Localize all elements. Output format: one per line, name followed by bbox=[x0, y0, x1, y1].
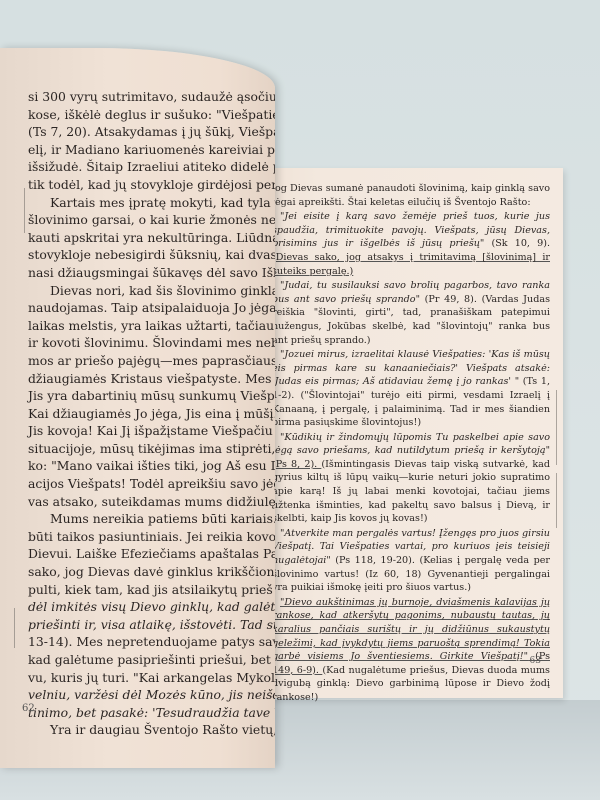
text-line: priešinti ir, visa atlaikę, išstovėti. T… bbox=[28, 616, 275, 634]
text-line: Mums nereikia patiems būti kariais. Diev… bbox=[28, 510, 275, 528]
text-line: stovykloje nebesigirdi šūksnių, kai dvas… bbox=[28, 246, 275, 264]
text-line: tik todėl, kad jų stovykloje girdėjosi p… bbox=[28, 176, 275, 194]
text-line: kose, iškėlė deglus ir sušuko: "Viešpati… bbox=[28, 106, 275, 124]
book-page-left: si 300 vyrų sutrimitavo, sudaužė ąsočius… bbox=[0, 48, 275, 768]
page-number: 62 bbox=[22, 703, 35, 714]
text-line: tinimo, bet pasakė: 'Tesudraudžia tave V… bbox=[28, 704, 275, 722]
scripture-paragraph: "Atverkite man pergalės vartus! Įžengęs … bbox=[272, 527, 550, 595]
text-line: naudojamas. Taip atsipalaiduoja Jo jėga … bbox=[28, 299, 275, 317]
text-line: situacijoje, mūsų tikėjimas ima stiprėti… bbox=[28, 440, 275, 458]
text-line: pulti, kiek tam, kad jis atsilaikytų pri… bbox=[28, 581, 275, 599]
scripture-ref: (Ps 118, 19-20). bbox=[331, 555, 420, 566]
text-line: velniu, varžėsi dėl Mozės kūno, jis neiš… bbox=[28, 686, 275, 704]
pencil-margin-mark bbox=[24, 188, 25, 233]
text-line: laikas melstis, yra laikas užtarti, tači… bbox=[28, 317, 275, 335]
page-number: 63 bbox=[530, 656, 541, 666]
text-line: (Ts 7, 20). Atsakydamas į jų šūkį, Viešp… bbox=[28, 123, 275, 141]
text-line: kauti apskritai yra nekultūringa. Liūdna… bbox=[28, 229, 275, 247]
page-62-text: si 300 vyrų sutrimitavo, sudaužė ąsočius… bbox=[28, 88, 275, 739]
scripture-quote: "Kūdikių ir žindomųjų lūpomis Tu paskelb… bbox=[272, 432, 550, 457]
text-line: si 300 vyrų sutrimitavo, sudaužė ąsočius bbox=[28, 88, 275, 106]
text-line: Jis kovoja! Kai Jį išpažįstame Viešpačiu… bbox=[28, 422, 275, 440]
text-line: mos ar priešo pajėgų—mes paprasčiausiai bbox=[28, 352, 275, 370]
scripture-ref: (Ps 8, 2). bbox=[272, 459, 321, 470]
text-line: Jis yra dabartinių mūsų sunkumų Viešpats… bbox=[28, 387, 275, 405]
commentary: ("Šlovintojai" turėjo eiti pirmi, vesdam… bbox=[272, 390, 550, 428]
scripture-paragraph: "Dievo aukštinimas jų burnoje, dviašmeni… bbox=[272, 596, 550, 705]
scripture-paragraph: "Jei eisite į karą savo žemėje prieš tuo… bbox=[272, 210, 550, 278]
text-line: vu, kuris jų turi. "Kai arkangelas Mykol… bbox=[28, 669, 275, 687]
text-line: nasi džiaugsmingai šūkavęs dėl savo Išla… bbox=[28, 264, 275, 282]
pencil-margin-mark bbox=[14, 608, 15, 648]
text-line: išsižudė. Šitaip Izraeliui atiteko didel… bbox=[28, 158, 275, 176]
page-63-text: jog Dievas sumanė panaudoti šlovinimą, k… bbox=[272, 182, 550, 706]
text-line: džiaugiamės Kristaus viešpatyste. Mes dž… bbox=[28, 370, 275, 388]
pencil-margin-mark bbox=[556, 390, 557, 465]
text-line: Dievas nori, kad šis šlovinimo ginklas b… bbox=[28, 282, 275, 300]
scripture-quote: "Jozuei mirus, izraelitai klausė Viešpat… bbox=[272, 349, 550, 387]
text-line: vas atsako, suteikdamas mums didžiulę pe… bbox=[28, 493, 275, 511]
scripture-quote: "Dievo aukštinimas jų burnoje, dviašmeni… bbox=[272, 597, 550, 662]
text-line: acijos Viešpats! Todėl apreikšiu savo jė… bbox=[28, 475, 275, 493]
text-line: ir kovoti šlovinimu. Šlovindami mes nebe… bbox=[28, 334, 275, 352]
text-line: ko: "Mano vaikai išties tiki, jog Aš esu… bbox=[28, 457, 275, 475]
text-line: Dievui. Laiške Efeziečiams apaštalas Pau… bbox=[28, 545, 275, 563]
text-line: kad galėtume pasipriešinti priešui, bet … bbox=[28, 651, 275, 669]
text-line: Kai džiaugiamės Jo jėga, Jis eina į mūšį… bbox=[28, 405, 275, 423]
text-line: Kartais mes įpratę mokyti, kad tyla yra bbox=[28, 194, 275, 212]
text-line: elį, ir Madiano kariuomenės kareiviai pu… bbox=[28, 141, 275, 159]
scripture-ref: (Pr 49, 8). bbox=[420, 294, 482, 305]
text-line: Yra ir daugiau Šventojo Rašto vietų, iš … bbox=[28, 721, 275, 739]
text-line: dėl imkitės visų Dievo ginklų, kad galėt… bbox=[28, 598, 275, 616]
text-line: būti taikos pasiuntiniais. Jei reikia ko… bbox=[28, 528, 275, 546]
scripture-paragraph: "Jozuei mirus, izraelitai klausė Viešpat… bbox=[272, 348, 550, 430]
text-line: šlovinimo garsai, o kai kurie žmonės nei… bbox=[28, 211, 275, 229]
text-line: 13-14). Mes nepretenduojame patys savyje… bbox=[28, 633, 275, 651]
scripture-ref: (Sk 10, 9). bbox=[484, 238, 550, 249]
book-page-right: jog Dievas sumanė panaudoti šlovinimą, k… bbox=[258, 168, 563, 698]
scripture-paragraph: "Judai, tu susilauksi savo brolių pagarb… bbox=[272, 279, 550, 347]
commentary: (Dievas sako, jog atsakys į trimitavimą … bbox=[272, 252, 550, 277]
paragraph: jog Dievas sumanė panaudoti šlovinimą, k… bbox=[272, 182, 550, 209]
text-line: sako, jog Dievas davė ginklus krikščioni… bbox=[28, 563, 275, 581]
pencil-margin-mark bbox=[556, 473, 557, 528]
scripture-paragraph: "Kūdikių ir žindomųjų lūpomis Tu paskelb… bbox=[272, 431, 550, 526]
